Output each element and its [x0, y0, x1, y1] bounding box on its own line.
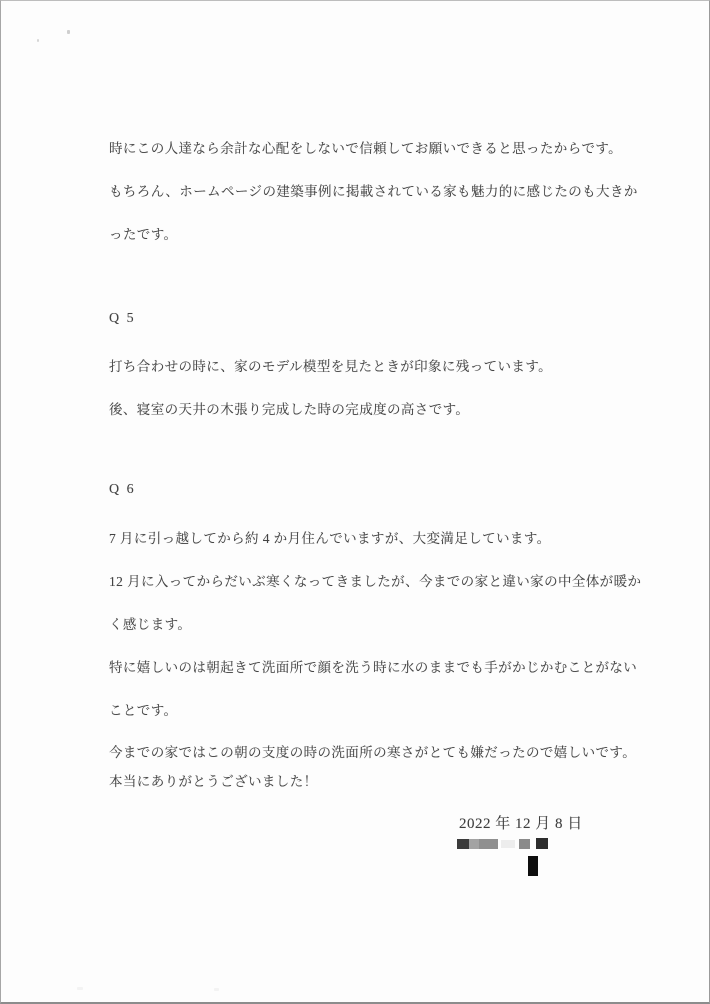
redacted-name-pixel-block — [536, 838, 548, 849]
text-line: 時にこの人達なら余計な心配をしないで信頼してお願いできると思ったからです。 — [109, 137, 622, 157]
text-line: 後、寝室の天井の木張り完成した時の完成度の高さです。 — [109, 398, 469, 418]
text-line: 7 月に引っ越してから約 4 か月住んでいますが、大変満足しています。 — [109, 527, 551, 547]
text-line: 特に嬉しいのは朝起きて洗面所で顔を洗う時に水のままでも手がかじかむことがない — [109, 656, 637, 676]
redacted-name-pixel-block — [457, 839, 469, 849]
q5-label: Q 5 — [109, 311, 136, 327]
text-line: もちろん、ホームページの建築事例に掲載されている家も魅力的に感じたのも大きか — [109, 180, 638, 200]
redacted-name-pixel-block — [501, 840, 515, 848]
text-line: 打ち合わせの時に、家のモデル模型を見たときが印象に残っています。 — [109, 355, 552, 375]
date: 2022 年 12 月 8 日 — [459, 812, 583, 833]
scan-speck — [77, 987, 83, 990]
text-line: 今までの家ではこの朝の支度の時の洗面所の寒さがとても嫌だったので嬉しいです。 — [109, 741, 636, 761]
closing-thanks-line: 本当にありがとうございました！ — [109, 770, 318, 790]
text-line: ったです。 — [109, 223, 177, 243]
scan-speck — [67, 30, 70, 34]
redacted-stamp-block — [528, 856, 538, 876]
text-line: く感じます。 — [109, 613, 191, 633]
q6-label: Q 6 — [109, 482, 136, 498]
scan-speck — [214, 988, 219, 991]
redacted-name-pixel-block — [469, 839, 479, 849]
scanned-document-page: 時にこの人達なら余計な心配をしないで信頼してお願いできると思ったからです。 もち… — [0, 0, 710, 1004]
scan-speck — [37, 39, 39, 42]
redacted-name-pixel-block — [479, 839, 498, 849]
redacted-name-pixel-block — [519, 839, 530, 849]
text-line: ことです。 — [109, 699, 177, 719]
text-line: 12 月に入ってからだいぶ寒くなってきましたが、今までの家と違い家の中全体が暖か — [109, 570, 641, 590]
